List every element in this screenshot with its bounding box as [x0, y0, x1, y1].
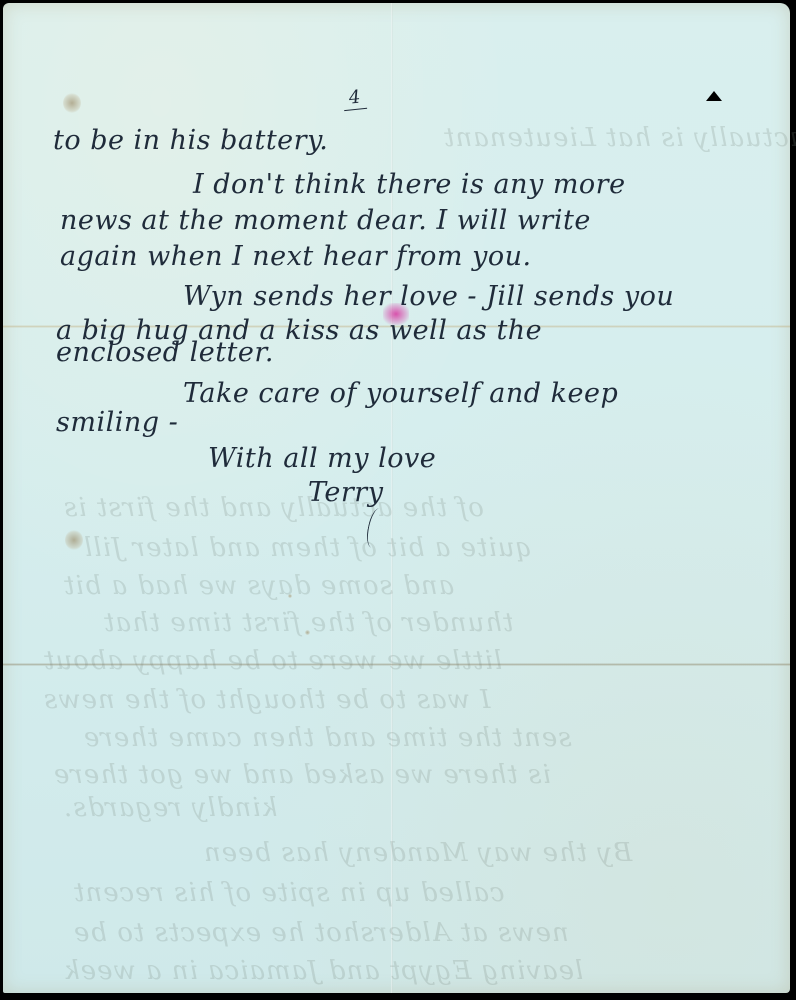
letter-line: smiling -	[56, 407, 178, 438]
letter-line: Take care of yourself and keep	[183, 378, 618, 409]
letter-line: news at the moment dear. I will write	[60, 205, 591, 236]
bleed-through-text: of the actually and the first is	[63, 493, 484, 523]
bleed-through-text: he actually is hat Lieutenant	[443, 123, 796, 153]
bleed-through-text: I was to be thought of the news	[43, 685, 490, 715]
bleed-through-text: kindly regards.	[63, 793, 277, 823]
bleed-through-text: By the way Mandeny has been	[203, 838, 632, 868]
stain-left-margin	[65, 530, 83, 550]
letter-line: Wyn sends her love - Jill sends you	[183, 281, 674, 312]
bleed-through-text: leaving Egypt and Jamaica in a week	[63, 956, 583, 986]
letter-line: enclosed letter.	[56, 337, 274, 368]
bleed-through-text: thunder of the first time that	[103, 608, 513, 638]
bleed-through-text: news at Aldershot he expects to be	[73, 918, 569, 948]
letter-line: I don't think there is any more	[193, 169, 626, 200]
letter-line: to be in his battery.	[53, 125, 328, 156]
signature: Terry	[308, 477, 383, 508]
page-number: 4	[342, 86, 368, 111]
stain-top-left	[63, 93, 81, 113]
bleed-through-text: and some days we had a bit	[63, 571, 454, 601]
bleed-through-text: little we were to be happy about	[43, 646, 502, 676]
closing-line: With all my love	[208, 443, 436, 474]
bleed-through-text: called up in spite of his recent	[73, 878, 505, 908]
letter-line: again when I next hear from you.	[60, 241, 532, 272]
bleed-through-text: quite a bit of them and later Jill	[83, 533, 532, 563]
paper-hole	[706, 91, 722, 101]
bleed-through-text: sent the time and then came there	[83, 723, 572, 753]
letter-page: he actually is hat Lieutenant of the act…	[3, 3, 790, 993]
bleed-through-text: is there we asked and we got there	[53, 760, 551, 790]
